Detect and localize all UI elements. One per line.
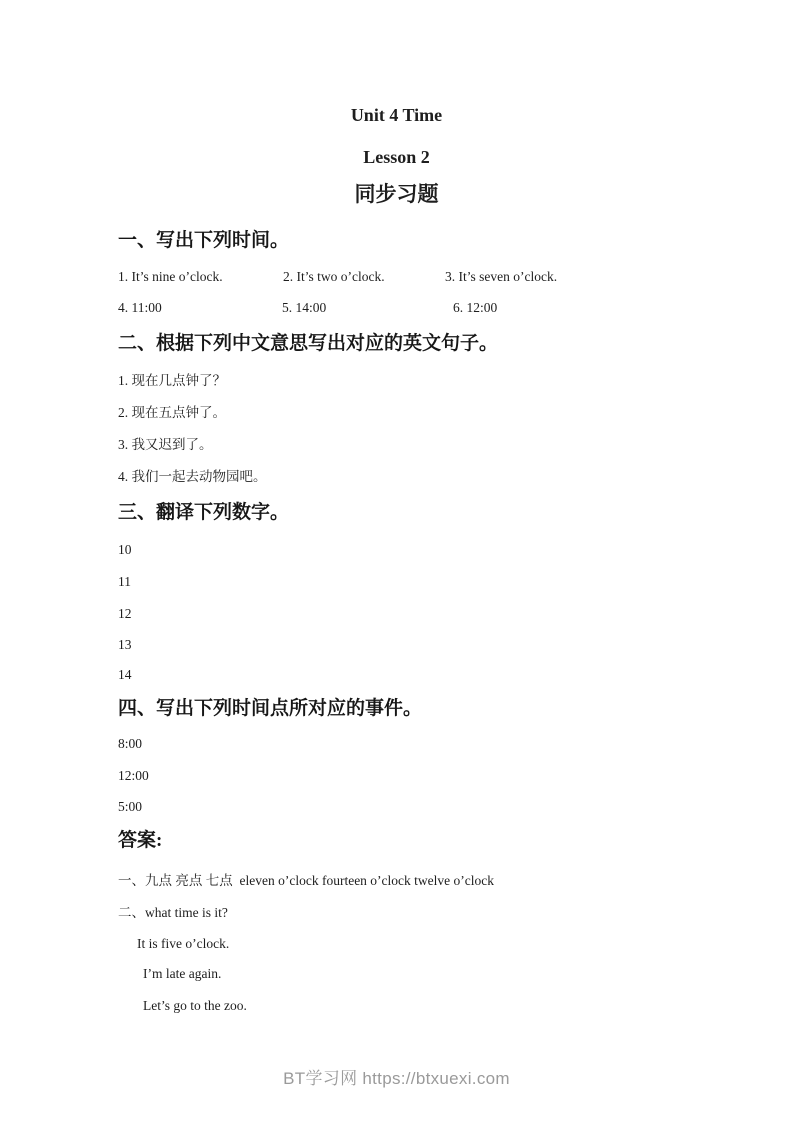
section-three-heading: 三、翻译下列数字。 bbox=[118, 503, 289, 522]
doc-lesson-title: Lesson 2 bbox=[0, 148, 793, 166]
exercise-item: 14 bbox=[118, 668, 132, 682]
section-four-heading: 四、写出下列时间点所对应的事件。 bbox=[118, 699, 422, 718]
answer-line: I’m late again. bbox=[143, 967, 221, 981]
worksheet-page: Unit 4 Time Lesson 2 同步习题 一、写出下列时间。 1. I… bbox=[0, 0, 793, 1122]
doc-subtitle: 同步习题 bbox=[0, 184, 793, 205]
answer-line: It is five o’clock. bbox=[137, 937, 229, 951]
exercise-item: 6. 12:00 bbox=[453, 301, 497, 315]
exercise-item: 11 bbox=[118, 575, 131, 589]
exercise-item: 8:00 bbox=[118, 737, 142, 751]
doc-title: Unit 4 Time bbox=[0, 106, 793, 124]
exercise-item: 4. 我们一起去动物园吧。 bbox=[118, 470, 267, 484]
exercise-item: 12 bbox=[118, 607, 132, 621]
answer-line: 二、what time is it? bbox=[118, 906, 228, 920]
exercise-item: 10 bbox=[118, 543, 132, 557]
exercise-item: 12:00 bbox=[118, 769, 149, 783]
exercise-item: 1. 现在几点钟了？ bbox=[118, 374, 226, 388]
exercise-item: 4. 11:00 bbox=[118, 301, 162, 315]
section-two-heading: 二、根据下列中文意思写出对应的英文句子。 bbox=[118, 334, 498, 353]
exercise-item: 2. It’s two o’clock. bbox=[283, 270, 385, 284]
answer-line: Let’s go to the zoo. bbox=[143, 999, 247, 1013]
section-one-heading: 一、写出下列时间。 bbox=[118, 231, 289, 250]
exercise-item: 5. 14:00 bbox=[282, 301, 326, 315]
exercise-item: 5:00 bbox=[118, 800, 142, 814]
exercise-item: 2. 现在五点钟了。 bbox=[118, 406, 226, 420]
answer-line: 一、九点 亮点 七点 eleven o’clock fourteen o’clo… bbox=[118, 874, 494, 888]
exercise-item: 3. It’s seven o’clock. bbox=[445, 270, 557, 284]
footer-site-watermark: BT学习网 https://btxuexi.com bbox=[0, 1070, 793, 1087]
exercise-item: 13 bbox=[118, 638, 132, 652]
answers-heading: 答案: bbox=[118, 831, 162, 850]
exercise-item: 1. It’s nine o’clock. bbox=[118, 270, 223, 284]
exercise-item: 3. 我又迟到了。 bbox=[118, 438, 213, 452]
